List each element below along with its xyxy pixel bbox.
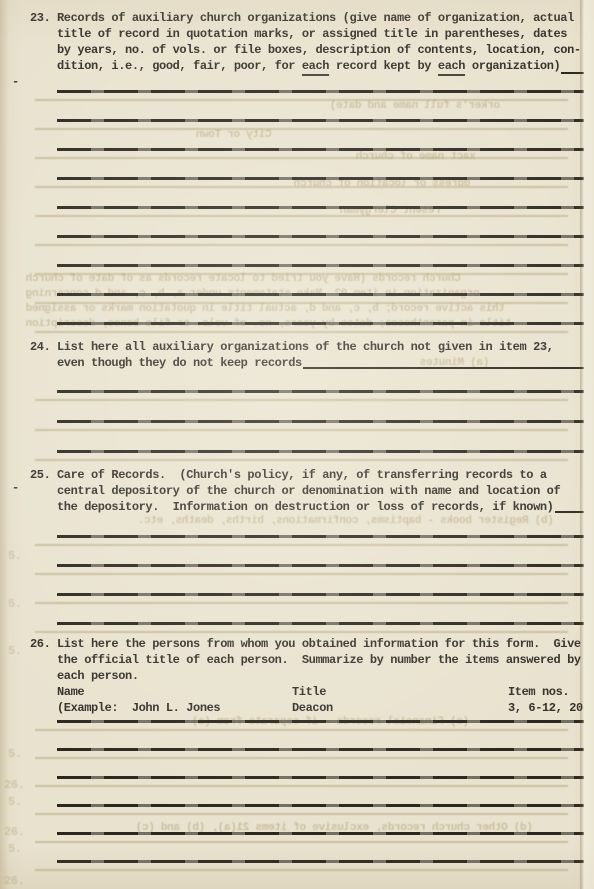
margin-dash-mark: - — [12, 74, 19, 90]
blank-writing-line — [57, 776, 584, 779]
bleed-through-margin-number: 5. — [8, 643, 22, 659]
underlined-word: each — [438, 58, 465, 76]
item-text-line: dition, i.e., good, fair, poor, for each… — [57, 58, 594, 76]
example-cell: Deacon — [292, 700, 333, 716]
item-text: organization) — [465, 58, 560, 76]
blank-writing-line — [57, 450, 584, 453]
item-text: record kept by — [329, 58, 438, 76]
item-text: Records of auxiliary church organization… — [57, 11, 574, 25]
blank-writing-line — [57, 264, 584, 267]
item-text-line: the official title of each person. Summa… — [57, 652, 594, 668]
column-header: Item nos. — [508, 684, 569, 700]
blank-writing-line — [57, 804, 584, 807]
item-text-line: title of record in quotation marks, or a… — [57, 26, 594, 42]
item-text: List here the persons from whom you obta… — [57, 637, 581, 651]
blank-writing-line — [57, 148, 584, 151]
item-text: dition, i.e., good, fair, poor, for — [57, 58, 302, 76]
bleed-through-margin-number: 5. — [8, 794, 22, 810]
blank-writing-line — [57, 622, 584, 625]
blank-writing-line — [57, 832, 584, 835]
item-text: central depository of the church or deno… — [57, 484, 560, 498]
bleed-through-margin-number: 26. — [4, 873, 24, 889]
form-item-25: 25.-Care of Records. (Church's policy, i… — [57, 467, 594, 515]
bleed-through-margin-number: 5. — [8, 596, 22, 612]
blank-writing-line — [57, 390, 584, 393]
item-text-line: central depository of the church or deno… — [57, 483, 594, 499]
bleed-through-margin-number: 5. — [8, 548, 22, 564]
item-text: Care of Records. (Church's policy, if an… — [57, 468, 547, 482]
item-text: each person. — [57, 669, 139, 683]
column-header: Title — [292, 684, 326, 700]
page-left-edge — [0, 0, 9, 889]
item-number: 25. — [30, 467, 50, 483]
item-number: 23. — [30, 10, 50, 26]
table-header-row: NameTitleItem nos. — [57, 684, 594, 700]
blank-writing-line — [57, 420, 584, 423]
underlined-word: each — [302, 58, 329, 76]
item-number: 24. — [30, 339, 50, 355]
blank-writing-line — [57, 564, 584, 567]
form-item-24: 24.List here all auxiliary organizations… — [57, 339, 594, 371]
item-text-line: by years, no. of vols. or file boxes, de… — [57, 42, 594, 58]
blank-writing-line — [57, 720, 584, 723]
blank-writing-line — [57, 593, 584, 596]
blank-lines-group-23 — [57, 90, 594, 325]
blank-writing-line — [57, 119, 584, 122]
bleed-through-margin-number: 5. — [8, 746, 22, 762]
scanned-form-page: orker's full name and date)City or Townx… — [0, 0, 594, 889]
item-text-line: Records of auxiliary church organization… — [57, 10, 594, 26]
item-number: 26. — [30, 636, 50, 652]
example-cell: (Example: John L. Jones — [57, 700, 220, 716]
item-text-line: even though they do not keep records — [57, 355, 594, 371]
blank-writing-line — [57, 322, 584, 325]
item-text: by years, no. of vols. or file boxes, de… — [57, 43, 581, 57]
blank-writing-line — [57, 206, 584, 209]
form-item-23: 23.-Records of auxiliary church organiza… — [57, 10, 594, 76]
blank-lines-group-25 — [57, 535, 594, 625]
item-text: the official title of each person. Summa… — [57, 653, 581, 667]
bleed-through-margin-number: 5. — [8, 841, 22, 857]
blank-writing-line — [57, 535, 584, 538]
item-text-line: List here the persons from whom you obta… — [57, 636, 594, 652]
bleed-through-margin-number: 26. — [4, 777, 24, 793]
blank-writing-line — [57, 177, 584, 180]
blank-writing-line — [57, 860, 584, 863]
form-content: 23.-Records of auxiliary church organiza… — [57, 10, 594, 863]
blank-writing-line — [57, 748, 584, 751]
blank-lines-group-24 — [57, 390, 594, 453]
item-text-line: List here all auxiliary organizations of… — [57, 339, 594, 355]
blank-writing-line — [57, 90, 584, 93]
item-text: List here all auxiliary organizations of… — [57, 340, 554, 354]
blank-writing-line — [57, 293, 584, 296]
blank-lines-group-26 — [57, 720, 594, 863]
table-example-row: (Example: John L. JonesDeacon3, 6-12, 20 — [57, 700, 594, 716]
blank-fill-line — [561, 58, 584, 74]
item-text: the depository. Information on destructi… — [57, 499, 554, 515]
example-cell: 3, 6-12, 20 — [508, 700, 583, 716]
item-text-line: the depository. Information on destructi… — [57, 499, 594, 515]
margin-dash-mark: - — [12, 480, 19, 496]
item-text: even though they do not keep records — [57, 355, 302, 371]
blank-fill-line — [303, 355, 584, 369]
item-text-line: each person. — [57, 668, 594, 684]
blank-writing-line — [57, 235, 584, 238]
form-item-26: 26.List here the persons from whom you o… — [57, 636, 594, 716]
column-header: Name — [57, 684, 84, 700]
item-text: title of record in quotation marks, or a… — [57, 27, 567, 41]
bleed-through-margin-number: 26. — [4, 824, 24, 840]
blank-fill-line — [555, 499, 585, 513]
item-text-line: Care of Records. (Church's policy, if an… — [57, 467, 594, 483]
